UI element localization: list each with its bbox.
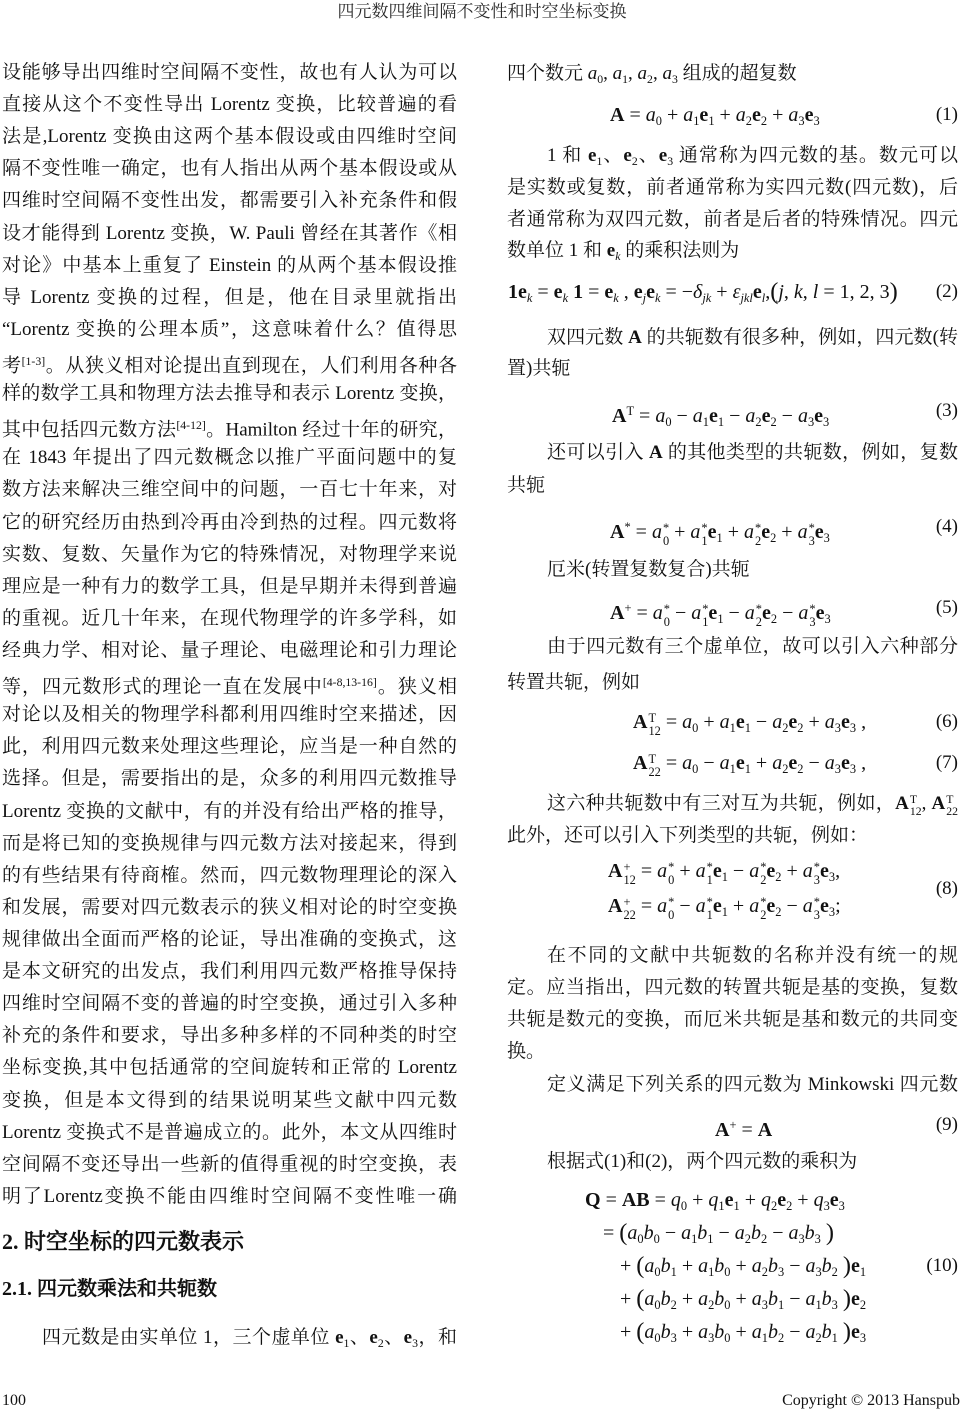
math-symbol: e xyxy=(777,1189,786,1211)
math-script: 3 xyxy=(860,1331,866,1345)
text-run: = xyxy=(736,1119,757,1141)
text-run: + xyxy=(711,281,732,303)
paragraph-line: 四维时空间隔不变性出发，都需要引入补充条件和假 xyxy=(2,185,457,217)
text-run: , xyxy=(835,860,840,882)
math-symbol: a xyxy=(798,602,808,624)
text-run: + xyxy=(731,1321,752,1343)
math-script: jkl xyxy=(740,291,752,305)
equation-number: (3) xyxy=(936,395,958,427)
text-run: + xyxy=(723,521,744,543)
text-run: − xyxy=(777,602,798,624)
text-run: 通常称为四元数的基。数元可以 xyxy=(673,145,958,166)
math-symbol: 1e xyxy=(508,281,527,303)
math-symbol: A xyxy=(610,602,624,624)
math-symbol: b xyxy=(714,1321,724,1343)
math-symbol: a xyxy=(653,602,663,624)
paragraph-line: 者通常称为双四元数，前者是后者的特殊情况。四元 xyxy=(507,204,958,236)
math-symbol: e xyxy=(762,602,771,624)
math-symbol: a xyxy=(698,1321,708,1343)
paragraph-line: 对论》中基本上重复了 Einstein 的从两个基本假设推 xyxy=(2,250,457,282)
math-symbol: q xyxy=(814,1189,824,1211)
equation-number: (5) xyxy=(936,592,958,624)
text-run: , xyxy=(628,63,638,84)
math-script: 3 xyxy=(813,114,819,128)
equation-10-line-5: + (a0b3 + a3b0 + a1b2 − a2b1 )e3 xyxy=(620,1316,866,1348)
paragraph-line: 四元数是由实单位 1，三个虚单位 e1、e2、e3，和 xyxy=(2,1322,457,1354)
math-symbol: e xyxy=(369,1327,377,1348)
text-run: − xyxy=(728,860,749,882)
math-script: [4-12] xyxy=(176,419,205,432)
text-run: − xyxy=(803,752,824,774)
text-run: 、 xyxy=(602,145,623,166)
text-run: + xyxy=(669,521,690,543)
math-subscript: 12 xyxy=(910,806,922,818)
math-symbol: b xyxy=(714,1255,724,1277)
paragraph-line: “Lorentz 变换的公理本质”，这意味着什么？值得思 xyxy=(2,314,457,346)
equation-number: (4) xyxy=(936,511,958,543)
text-run: = xyxy=(636,895,657,917)
math-symbol: a xyxy=(825,752,835,774)
text-run: = xyxy=(650,1189,671,1211)
math-script: +22 xyxy=(623,896,635,922)
math-symbol: e xyxy=(713,895,722,917)
math-symbol: e xyxy=(725,1189,734,1211)
math-symbol: a xyxy=(805,1255,815,1277)
text-run: + xyxy=(731,1255,752,1277)
math-symbol: a xyxy=(752,1288,762,1310)
math-symbol: e xyxy=(646,281,655,303)
text-run: = xyxy=(532,281,553,303)
math-script: [4-8,13-16] xyxy=(323,676,377,689)
paragraph-line: 在 1843 年提出了四元数概念以推广平面问题中的复 xyxy=(2,442,457,474)
equation-number: (1) xyxy=(936,99,958,131)
text-run: − xyxy=(660,1222,681,1244)
text-run: 还可以引入 xyxy=(547,442,649,463)
paragraph-line: 四维时空间隔不变的普遍的时空变换，通过引入多种 xyxy=(2,988,457,1020)
text-run: − xyxy=(767,1222,788,1244)
math-symbol: A xyxy=(608,895,622,917)
equation-number: (10) xyxy=(926,1250,958,1282)
text-run: 考 xyxy=(2,355,22,376)
math-symbol: e xyxy=(736,752,745,774)
math-symbol: e xyxy=(814,405,823,427)
math-symbol: ) xyxy=(826,1219,834,1246)
equation-7: AT22 = a0 − a1e1 + a2e2 − a3e3 , xyxy=(633,747,866,779)
text-run: ，和 xyxy=(418,1327,457,1348)
paragraph-line: 法是,Lorentz 变换由这两个基本假设或由四维时空间 xyxy=(2,121,457,153)
paragraph-line-with-citation: 等，四元数形式的理论一直在发展中[4-8,13-16]。狭义相 xyxy=(2,667,457,699)
text-run: 。狭义相 xyxy=(377,677,457,698)
math-script: 3 xyxy=(815,1232,821,1246)
text-run: + xyxy=(792,1189,813,1211)
text-run: = xyxy=(583,281,604,303)
paragraph-line: 数方法来解决三维空间中的问题，一百七十年来，对 xyxy=(2,474,457,506)
paragraph-line: 定。应当指出，四元数的转置共轭是基的变换，复数 xyxy=(507,972,958,1004)
math-symbol: a xyxy=(646,104,656,126)
math-symbol: a xyxy=(803,860,813,882)
text-run: − xyxy=(672,405,693,427)
math-symbol: a xyxy=(736,104,746,126)
text-run: − xyxy=(751,711,772,733)
equation-1: A = a0 + a1e1 + a2e2 + a3e3 xyxy=(610,99,820,131)
text-run: 。从狭义相对论提出直到现在，人们利用各种各 xyxy=(45,355,457,376)
text-run: = xyxy=(634,405,655,427)
math-symbol: a xyxy=(698,1288,708,1310)
math-symbol: e xyxy=(659,145,667,166)
math-symbol: e xyxy=(820,895,829,917)
math-symbol: e xyxy=(830,1189,839,1211)
text-run: + xyxy=(751,752,772,774)
math-symbol: b xyxy=(805,1222,815,1244)
paragraph-line-with-citation: 考[1-3]。从狭义相对论提出直到现在，人们利用各种各 xyxy=(2,346,457,378)
math-symbol: e xyxy=(554,281,563,303)
text-run: + xyxy=(776,521,797,543)
math-symbol: e xyxy=(766,895,775,917)
paragraph-line: 换。 xyxy=(507,1036,958,1068)
text-run: + xyxy=(677,1321,698,1343)
paragraph-line: 共轭 xyxy=(507,470,958,502)
math-script: 1 xyxy=(832,1331,838,1345)
text-run: + xyxy=(767,104,788,126)
math-symbol: A xyxy=(608,860,622,882)
math-script: T xyxy=(626,404,634,418)
page-number: 100 xyxy=(2,1389,26,1413)
math-symbol: e xyxy=(841,711,850,733)
math-symbol: a xyxy=(690,521,700,543)
math-subscript: 22 xyxy=(648,766,660,779)
text-run: 的乘积法则为 xyxy=(620,240,739,261)
math-symbol: b xyxy=(822,1321,832,1343)
math-symbol: a xyxy=(720,711,730,733)
subsection-heading: 2.1. 四元数乘法和共轭数 xyxy=(2,1273,217,1305)
equation-2: 1ek = ek 1 = ek , ejek = −δjk + εjklel,(… xyxy=(508,276,898,308)
text-run: + xyxy=(674,860,695,882)
paragraph-line: 变换，但是本文得到的结果说明某些文献中四元数 xyxy=(2,1085,457,1117)
paragraph-line: 和发展，需要对四元数表示的狭义相对论的时空变换 xyxy=(2,892,457,924)
math-symbol: b xyxy=(661,1288,671,1310)
math-symbol: a xyxy=(657,895,667,917)
math-subscript: 22 xyxy=(946,806,958,818)
paragraph-line: 还可以引入 A 的其他类型的共轭数，例如，复数 xyxy=(507,437,958,469)
equation-4: A* = a*0 + a*1e1 + a*2e2 + a*3e3 xyxy=(610,511,830,543)
math-symbol: e xyxy=(708,602,717,624)
text-run: 等，四元数形式的理论一直在发展中 xyxy=(2,677,323,698)
text-run: − xyxy=(670,602,691,624)
text-run: − xyxy=(724,405,745,427)
equation-3: AT = a0 − a1e1 − a2e2 − a3e3 xyxy=(612,395,829,427)
text-run: , xyxy=(784,281,794,303)
left-column-paragraph-2: 四元数是由实单位 1，三个虚单位 e1、e2、e3，和 xyxy=(2,1322,457,1354)
math-symbol: e xyxy=(788,752,797,774)
text-run: + xyxy=(698,711,719,733)
text-run: , xyxy=(856,711,866,733)
paragraph-line: 导 Lorentz 变换的过程，但是，他在目录里就指出 xyxy=(2,282,457,314)
math-symbol: e xyxy=(604,281,613,303)
math-symbol: a xyxy=(745,602,755,624)
paragraph-line: 共轭是数元的变换，而厄米共轭是基和数元的共同变 xyxy=(507,1004,958,1036)
text-run: + xyxy=(620,1321,636,1343)
math-symbol: a xyxy=(805,1321,815,1343)
math-superscript: T xyxy=(648,712,660,725)
text-run: − xyxy=(777,405,798,427)
text-run: − xyxy=(784,1321,805,1343)
paragraph-line: 而是将已知的变换规律与四元数方法对接起来，得到 xyxy=(2,828,457,860)
math-script: 3 xyxy=(824,612,830,626)
math-symbol: e xyxy=(335,1327,343,1348)
text-run: = xyxy=(661,752,682,774)
paragraph-line: 这六种共轭数中有三对互为共轭，例如，AT12, AT22。 xyxy=(507,788,958,820)
math-symbol: e xyxy=(766,860,775,882)
math-symbol: a xyxy=(644,1321,654,1343)
math-script: T12 xyxy=(648,712,660,738)
left-column-paragraph: 设能够导出四维时空间隔不变性，故也有人认为可以 直接从这个不变性导出 Loren… xyxy=(2,57,457,1213)
math-symbol: a xyxy=(752,1255,762,1277)
text-run: 其中包括四元数方法 xyxy=(2,420,176,441)
equation-5: A+ = a*0 − a*1e1 − a*2e2 − a*3e3 xyxy=(610,592,831,624)
paragraph-line: 转置共轭，例如 xyxy=(507,667,958,699)
math-symbol: ) xyxy=(843,1252,851,1279)
copyright-notice: Copyright © 2013 Hanspub xyxy=(782,1389,960,1413)
text-run: , xyxy=(619,281,634,303)
text-run: ; xyxy=(835,895,841,917)
paragraph-line: 样的数学工具和物理方法去推导和表示 Lorentz 变换， xyxy=(2,378,457,410)
text-run: 数单位 1 和 xyxy=(507,240,607,261)
math-symbol: a xyxy=(682,711,692,733)
math-subscript: 12 xyxy=(623,874,635,887)
paragraph-line: 定义满足下列关系的四元数为 Minkowski 四元数 xyxy=(507,1069,958,1101)
text-run: = xyxy=(661,711,682,733)
text-run: + xyxy=(687,1189,708,1211)
equation-10-line-3: + (a0b1 + a1b0 + a2b3 − a3b2 )e1 xyxy=(620,1250,866,1282)
math-symbol: q xyxy=(671,1189,681,1211)
paragraph-line: 经典力学、相对论、量子理论、电磁理论和引力理论 xyxy=(2,635,457,667)
equation-number: (6) xyxy=(936,706,958,738)
math-symbol: a xyxy=(652,521,662,543)
paragraph-line: 直接从这个不变性导出 Lorentz 变换，比较普遍的看 xyxy=(2,89,457,121)
math-symbol: e xyxy=(761,521,770,543)
text-run: = − xyxy=(660,281,693,303)
text-run: 这六种共轭数中有三对互为共轭，例如， xyxy=(547,793,895,814)
math-script: jk xyxy=(702,291,711,305)
math-symbol: e xyxy=(634,281,643,303)
math-symbol: b xyxy=(768,1321,778,1343)
math-symbol: a xyxy=(627,1222,637,1244)
math-symbol: a xyxy=(638,63,648,84)
text-run: − xyxy=(784,1255,805,1277)
math-symbol: a xyxy=(772,711,782,733)
text-run: = xyxy=(636,860,657,882)
math-symbol: b xyxy=(661,1321,671,1343)
paragraph-line: 厄米(转置复数复合)共轭 xyxy=(507,554,958,586)
math-subscript: 22 xyxy=(623,909,635,922)
text-run: + xyxy=(620,1288,636,1310)
text-run: + xyxy=(728,895,749,917)
math-symbol: e xyxy=(709,405,718,427)
math-symbol: e xyxy=(820,860,829,882)
math-symbol: b xyxy=(714,1288,724,1310)
equation-9: A+ = A xyxy=(715,1109,772,1141)
math-symbol: e xyxy=(736,711,745,733)
math-symbol: b xyxy=(768,1255,778,1277)
math-symbol: a xyxy=(683,104,693,126)
math-symbol: a xyxy=(798,521,808,543)
equation-8-line-1: A+12 = a*0 + a*1e1 − a*2e2 + a*3e3, xyxy=(608,855,840,887)
math-script: +12 xyxy=(623,861,635,887)
text-run: + xyxy=(803,711,824,733)
math-script: 3 xyxy=(832,1298,838,1312)
math-symbol: a xyxy=(662,63,672,84)
math-symbol: δ xyxy=(693,281,702,303)
math-symbol: e xyxy=(708,521,717,543)
math-symbol: a xyxy=(752,1321,762,1343)
math-symbol: b xyxy=(697,1222,707,1244)
math-symbol: q xyxy=(708,1189,718,1211)
paragraph-line: 明了Lorentz变换不能由四维时空间隔不变性唯一确定。 xyxy=(2,1181,457,1213)
text-run: 四元数是由实单位 1，三个虚单位 xyxy=(42,1327,335,1348)
math-symbol: ) xyxy=(890,278,898,305)
math-symbol: a xyxy=(805,1288,815,1310)
text-run: 、 xyxy=(384,1327,404,1348)
math-symbol: e xyxy=(607,240,615,261)
equation-number: (2) xyxy=(936,276,958,308)
text-run: 双四元数 xyxy=(547,327,628,348)
text-run: = xyxy=(631,521,652,543)
math-script: T22 xyxy=(648,753,660,779)
math-symbol: A xyxy=(628,327,642,348)
math-symbol: a xyxy=(720,752,730,774)
math-symbol: a xyxy=(749,895,759,917)
running-title: 四元数四维间隔不变性和时空坐标变换 xyxy=(0,0,964,24)
math-symbol: A xyxy=(610,521,624,543)
math-symbol: e xyxy=(788,711,797,733)
math-script: 2 xyxy=(832,1265,838,1279)
math-symbol: A xyxy=(633,711,647,733)
math-symbol: b xyxy=(822,1255,832,1277)
math-symbol: a xyxy=(655,405,665,427)
text-run: , xyxy=(922,793,932,814)
text-run: 四个数元 xyxy=(507,63,588,84)
math-symbol: a xyxy=(788,1222,798,1244)
equation-number: (9) xyxy=(936,1109,958,1141)
math-symbol: a xyxy=(745,405,755,427)
text-run: = xyxy=(631,602,652,624)
text-run: 组成的超复数 xyxy=(678,63,797,84)
math-subscript: 12 xyxy=(648,725,660,738)
paragraph-line: Lorentz 变换式不是普遍成立的。此外，本文从四维时 xyxy=(2,1117,457,1149)
text-run: + xyxy=(731,1288,752,1310)
text-run: + xyxy=(740,1189,761,1211)
math-symbol: a xyxy=(803,895,813,917)
text-run: , xyxy=(856,752,866,774)
math-symbol: A xyxy=(932,793,946,814)
math-symbol: b xyxy=(822,1288,832,1310)
text-run: − xyxy=(714,1222,735,1244)
paragraph-line: 的重视。近几十年来，在现代物理学的许多学科，如 xyxy=(2,603,457,635)
paragraph-line: 1 和 e1、e2、e3 通常称为四元数的基。数元可以 xyxy=(507,140,958,172)
paragraph-line: 在不同的文献中共轭数的名称并没有统一的规 xyxy=(507,940,958,972)
text-run: 1 和 xyxy=(547,145,588,166)
paragraph-line: 设才能得到 Lorentz 变换，W. Pauli 曾经在其著作《相 xyxy=(2,218,457,250)
paragraph-line: 是实数或复数，前者通常称为实四元数(四元数)，后 xyxy=(507,172,958,204)
text-run: = xyxy=(601,1189,622,1211)
text-run: 的其他类型的共轭数，例如，复数 xyxy=(663,442,958,463)
math-symbol: A xyxy=(895,793,909,814)
math-symbol: k xyxy=(794,281,803,303)
text-run: 、 xyxy=(638,145,659,166)
equation-10-line-1: Q = AB = q0 + q1e1 + q2e2 + q3e3 xyxy=(585,1184,845,1216)
math-symbol: a xyxy=(735,1222,745,1244)
paragraph-line: 隔不变性唯一确定，也有人指出从两个基本假设或从 xyxy=(2,153,457,185)
text-run: , xyxy=(603,63,613,84)
math-superscript: + xyxy=(623,861,635,874)
math-symbol: a xyxy=(657,860,667,882)
math-symbol: A xyxy=(649,442,663,463)
equation-6: AT12 = a0 + a1e1 − a2e2 + a3e3 , xyxy=(633,706,866,738)
math-script: 3 xyxy=(839,1199,845,1213)
text-run: = 1, 2, 3 xyxy=(818,281,889,303)
math-symbol: a xyxy=(691,602,701,624)
equation-10-line-4: + (a0b2 + a2b0 + a3b1 − a1b3 )e2 xyxy=(620,1283,866,1315)
math-symbol: e xyxy=(851,1321,860,1343)
text-run: − xyxy=(724,602,745,624)
math-symbol: a xyxy=(825,711,835,733)
math-symbol: a xyxy=(798,405,808,427)
math-symbol: a xyxy=(613,63,623,84)
paragraph-line: 对论以及相关的物理学科都利用四维时空来描述，因 xyxy=(2,699,457,731)
math-symbol: e xyxy=(752,104,761,126)
math-symbol: a xyxy=(644,1255,654,1277)
math-symbol: a xyxy=(744,521,754,543)
math-symbol: A xyxy=(610,104,624,126)
paragraph-line: 选择。但是，需要指出的是，众多的利用四元数推导 xyxy=(2,763,457,795)
math-symbol: a xyxy=(696,895,706,917)
text-run: − xyxy=(674,895,695,917)
math-symbol: q xyxy=(761,1189,771,1211)
math-symbol: A xyxy=(633,752,647,774)
math-symbol: A xyxy=(715,1119,729,1141)
text-run: , xyxy=(653,63,663,84)
math-symbol: b xyxy=(751,1222,761,1244)
math-symbol: ) xyxy=(843,1285,851,1312)
equation-number: (8) xyxy=(936,873,958,905)
math-symbol: e xyxy=(815,521,824,543)
math-symbol: a xyxy=(693,405,703,427)
math-symbol: ) xyxy=(843,1318,851,1345)
paragraph-line: 是本文研究的出发点，我们利用四元数严格推导保持 xyxy=(2,956,457,988)
math-symbol: b xyxy=(644,1222,654,1244)
math-symbol: a xyxy=(644,1288,654,1310)
math-symbol: a xyxy=(788,104,798,126)
text-run: 、 xyxy=(349,1327,369,1348)
text-run: − xyxy=(784,1288,805,1310)
math-symbol: Q xyxy=(585,1189,601,1211)
paragraph-line: 此外，还可以引入下列类型的共轭，例如： xyxy=(507,820,958,852)
math-symbol: 1 xyxy=(568,281,583,303)
paragraph-line: 根据式(1)和(2)，两个四元数的乘积为 xyxy=(507,1146,958,1178)
math-script: [1-3] xyxy=(22,355,46,368)
math-symbol: a xyxy=(682,752,692,774)
text-run: 的共轭数有很多种，例如，四元数(转 xyxy=(642,327,958,348)
paragraph-line: 理应是一种有力的数学工具，但是早期并未得到普遍 xyxy=(2,571,457,603)
math-superscript: T xyxy=(648,753,660,766)
text-run: + xyxy=(715,104,736,126)
text-run: + xyxy=(620,1255,636,1277)
text-run: + xyxy=(781,860,802,882)
text-run: − xyxy=(781,895,802,917)
paragraph-line-with-citation: 其中包括四元数方法[4-12]。Hamilton 经过十年的研究， xyxy=(2,410,457,442)
paragraph-line: 设能够导出四维时空间隔不变性，故也有人认为可以 xyxy=(2,57,457,89)
math-symbol: a xyxy=(681,1222,691,1244)
